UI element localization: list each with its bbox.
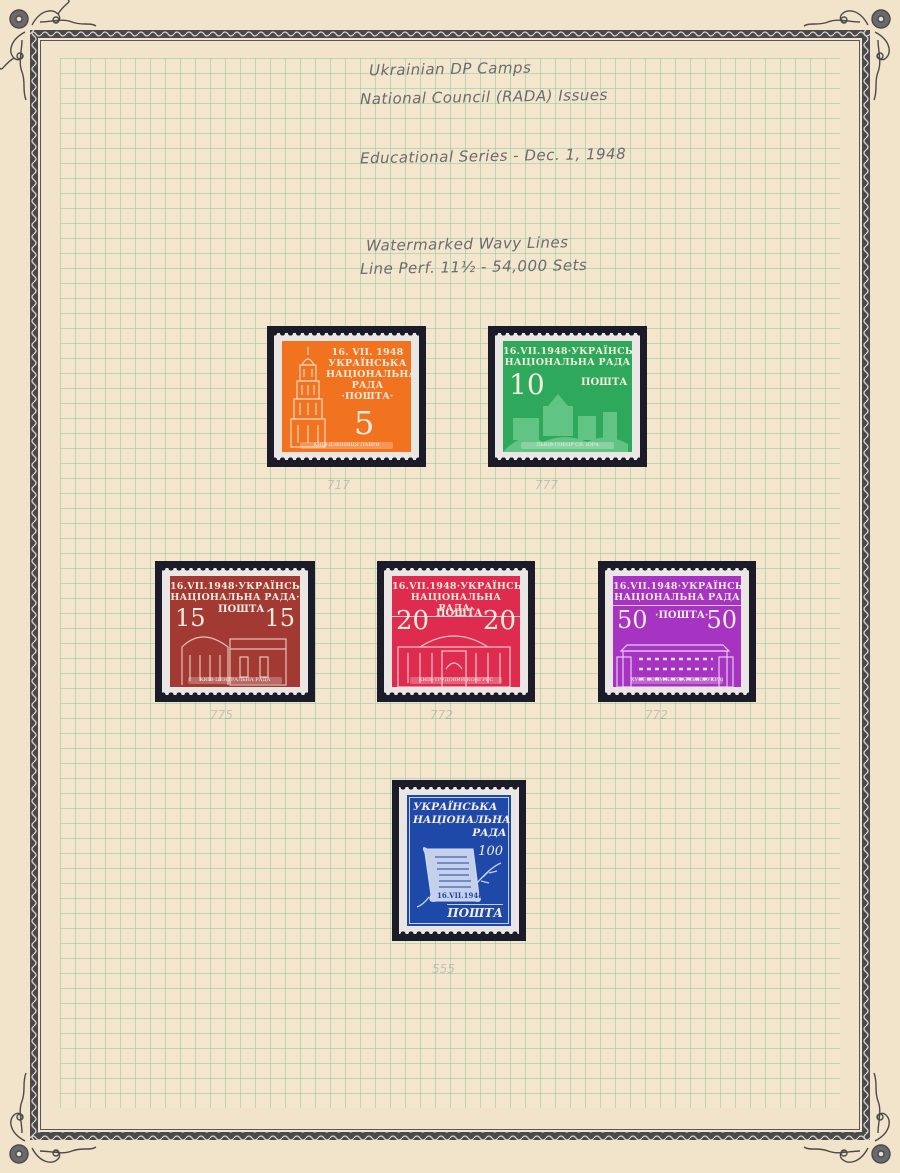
stamp-header-line: НАЦІОНАЛЬНА РАДА bbox=[503, 357, 632, 368]
pencil-note: 775 bbox=[210, 708, 233, 722]
stamp-caption: ХУСТ·СОЙМ КАРПАТСЬКОЇ УКРАЇНИ bbox=[631, 677, 723, 684]
stamp-header-line: 16.VII.1948·УКРАЇНСЬКА bbox=[392, 581, 520, 592]
stamp-caption: ЛЬВІВ·СОБОР СВ. ЮРА bbox=[521, 442, 614, 449]
pencil-note: 777 bbox=[535, 478, 558, 492]
stamp-caption: КИЇВ·ДЗВІНИЦЯ ЛАВРИ bbox=[300, 442, 393, 449]
stamp-header-line: УКРАЇНСЬКА bbox=[413, 801, 511, 814]
album-page: Ukrainian DP Camps National Council (RAD… bbox=[0, 0, 900, 1173]
stamp-mount-50[interactable]: 16.VII.1948·УКРАЇНСЬКА НАЦІОНАЛЬНА РАДА … bbox=[598, 561, 756, 702]
stamp-design: 16.VII.1948·УКРАЇНСЬКА НАЦІОНАЛЬНА РАДА … bbox=[613, 576, 741, 687]
stamp-header-line: РАДА bbox=[413, 827, 511, 840]
stamp-20: 16.VII.1948·УКРАЇНСЬКА НАЦІОНАЛЬНА РАДА·… bbox=[384, 568, 528, 695]
stamp-mount-20[interactable]: 16.VII.1948·УКРАЇНСЬКА НАЦІОНАЛЬНА РАДА·… bbox=[377, 561, 535, 702]
stamp-mount-10[interactable]: 16.VII.1948·УКРАЇНСЬКА НАЦІОНАЛЬНА РАДА … bbox=[488, 326, 647, 467]
stamp-denomination: 50 bbox=[617, 608, 648, 632]
stamp-issuer: НАЦІОНАЛЬНА bbox=[326, 369, 409, 380]
stamp-denomination-right: 50 bbox=[706, 608, 737, 632]
stamp-design: 16.VII.1948·УКРАЇНСЬКА НАЦІОНАЛЬНА РАДА·… bbox=[392, 576, 520, 687]
stamp-posta: ПОШТА bbox=[581, 377, 627, 388]
stamp-posta: ПОШТА bbox=[436, 608, 482, 619]
stamp-15: 16.VII.1948·УКРАЇНСЬКА НАЦІОНАЛЬНА РАДА·… bbox=[162, 568, 308, 695]
stamp-header: УКРАЇНСЬКА НАЦІОНАЛЬНА РАДА bbox=[413, 801, 511, 840]
stamp-header-line: 16.VII.1948·УКРАЇНСЬКА bbox=[503, 346, 632, 357]
pencil-note: 555 bbox=[432, 962, 455, 976]
stamp-header-line: 16.VII.1948·УКРАЇНСЬКА bbox=[613, 581, 741, 592]
pencil-note: 772 bbox=[430, 708, 453, 722]
stamp-posta: ·ПОШТА· bbox=[655, 610, 708, 621]
bell-tower-icon bbox=[288, 347, 328, 451]
stamp-header-line: НАЦІОНАЛЬНА bbox=[413, 814, 511, 827]
note-watermark: Watermarked Wavy Lines bbox=[366, 233, 569, 255]
stamp-denomination: 5 bbox=[354, 407, 374, 439]
stamp-date: 16. VII. 1948 bbox=[326, 347, 409, 358]
stamp-issuer-2: РАДА bbox=[326, 380, 409, 391]
stamp-mount-15[interactable]: 16.VII.1948·УКРАЇНСЬКА НАЦІОНАЛЬНА РАДА·… bbox=[155, 561, 315, 702]
scroll-date: 16.VII.1948 bbox=[437, 891, 483, 900]
stamp-design: УКРАЇНСЬКА НАЦІОНАЛЬНА РАДА 100 bbox=[407, 795, 511, 926]
stamp-100: УКРАЇНСЬКА НАЦІОНАЛЬНА РАДА 100 bbox=[399, 787, 519, 934]
stamp-design: 16. VII. 1948 УКРАЇНСЬКА НАЦІОНАЛЬНА РАД… bbox=[282, 341, 411, 452]
stamp-5: 16. VII. 1948 УКРАЇНСЬКА НАЦІОНАЛЬНА РАД… bbox=[274, 333, 419, 460]
stamp-country: УКРАЇНСЬКА bbox=[326, 358, 409, 369]
stamp-posta: ПОШТА bbox=[447, 904, 503, 920]
stamp-design: 16.VII.1948·УКРАЇНСЬКА НАЦІОНАЛЬНА РАДА·… bbox=[170, 576, 300, 687]
pencil-note: 772 bbox=[645, 708, 668, 722]
stamp-caption: КИЇВ·ТРУДОВИЙ КОНГРЕС bbox=[410, 677, 502, 684]
note-title: Ukrainian DP Camps bbox=[369, 59, 532, 80]
stamp-header-line: НАЦІОНАЛЬНА РАДА· bbox=[170, 592, 300, 603]
pencil-note: 717 bbox=[327, 478, 350, 492]
stamp-caption: КИЇВ·ЦЕНТРАЛЬНА РАДА bbox=[188, 677, 282, 684]
stamp-posta: ПОШТА bbox=[218, 604, 264, 615]
stamp-posta: ·ПОШТА· bbox=[326, 391, 409, 402]
stamp-10: 16.VII.1948·УКРАЇНСЬКА НАЦІОНАЛЬНА РАДА … bbox=[495, 333, 640, 460]
stamp-mount-100[interactable]: УКРАЇНСЬКА НАЦІОНАЛЬНА РАДА 100 bbox=[392, 780, 526, 941]
stamp-header-line: 16.VII.1948·УКРАЇНСЬКА bbox=[170, 581, 300, 592]
stamp-mount-5[interactable]: 16. VII. 1948 УКРАЇНСЬКА НАЦІОНАЛЬНА РАД… bbox=[267, 326, 426, 467]
stamp-design: 16.VII.1948·УКРАЇНСЬКА НАЦІОНАЛЬНА РАДА … bbox=[503, 341, 632, 452]
stamp-50: 16.VII.1948·УКРАЇНСЬКА НАЦІОНАЛЬНА РАДА … bbox=[605, 568, 749, 695]
stamp-header-line: НАЦІОНАЛЬНА РАДА bbox=[613, 592, 741, 603]
